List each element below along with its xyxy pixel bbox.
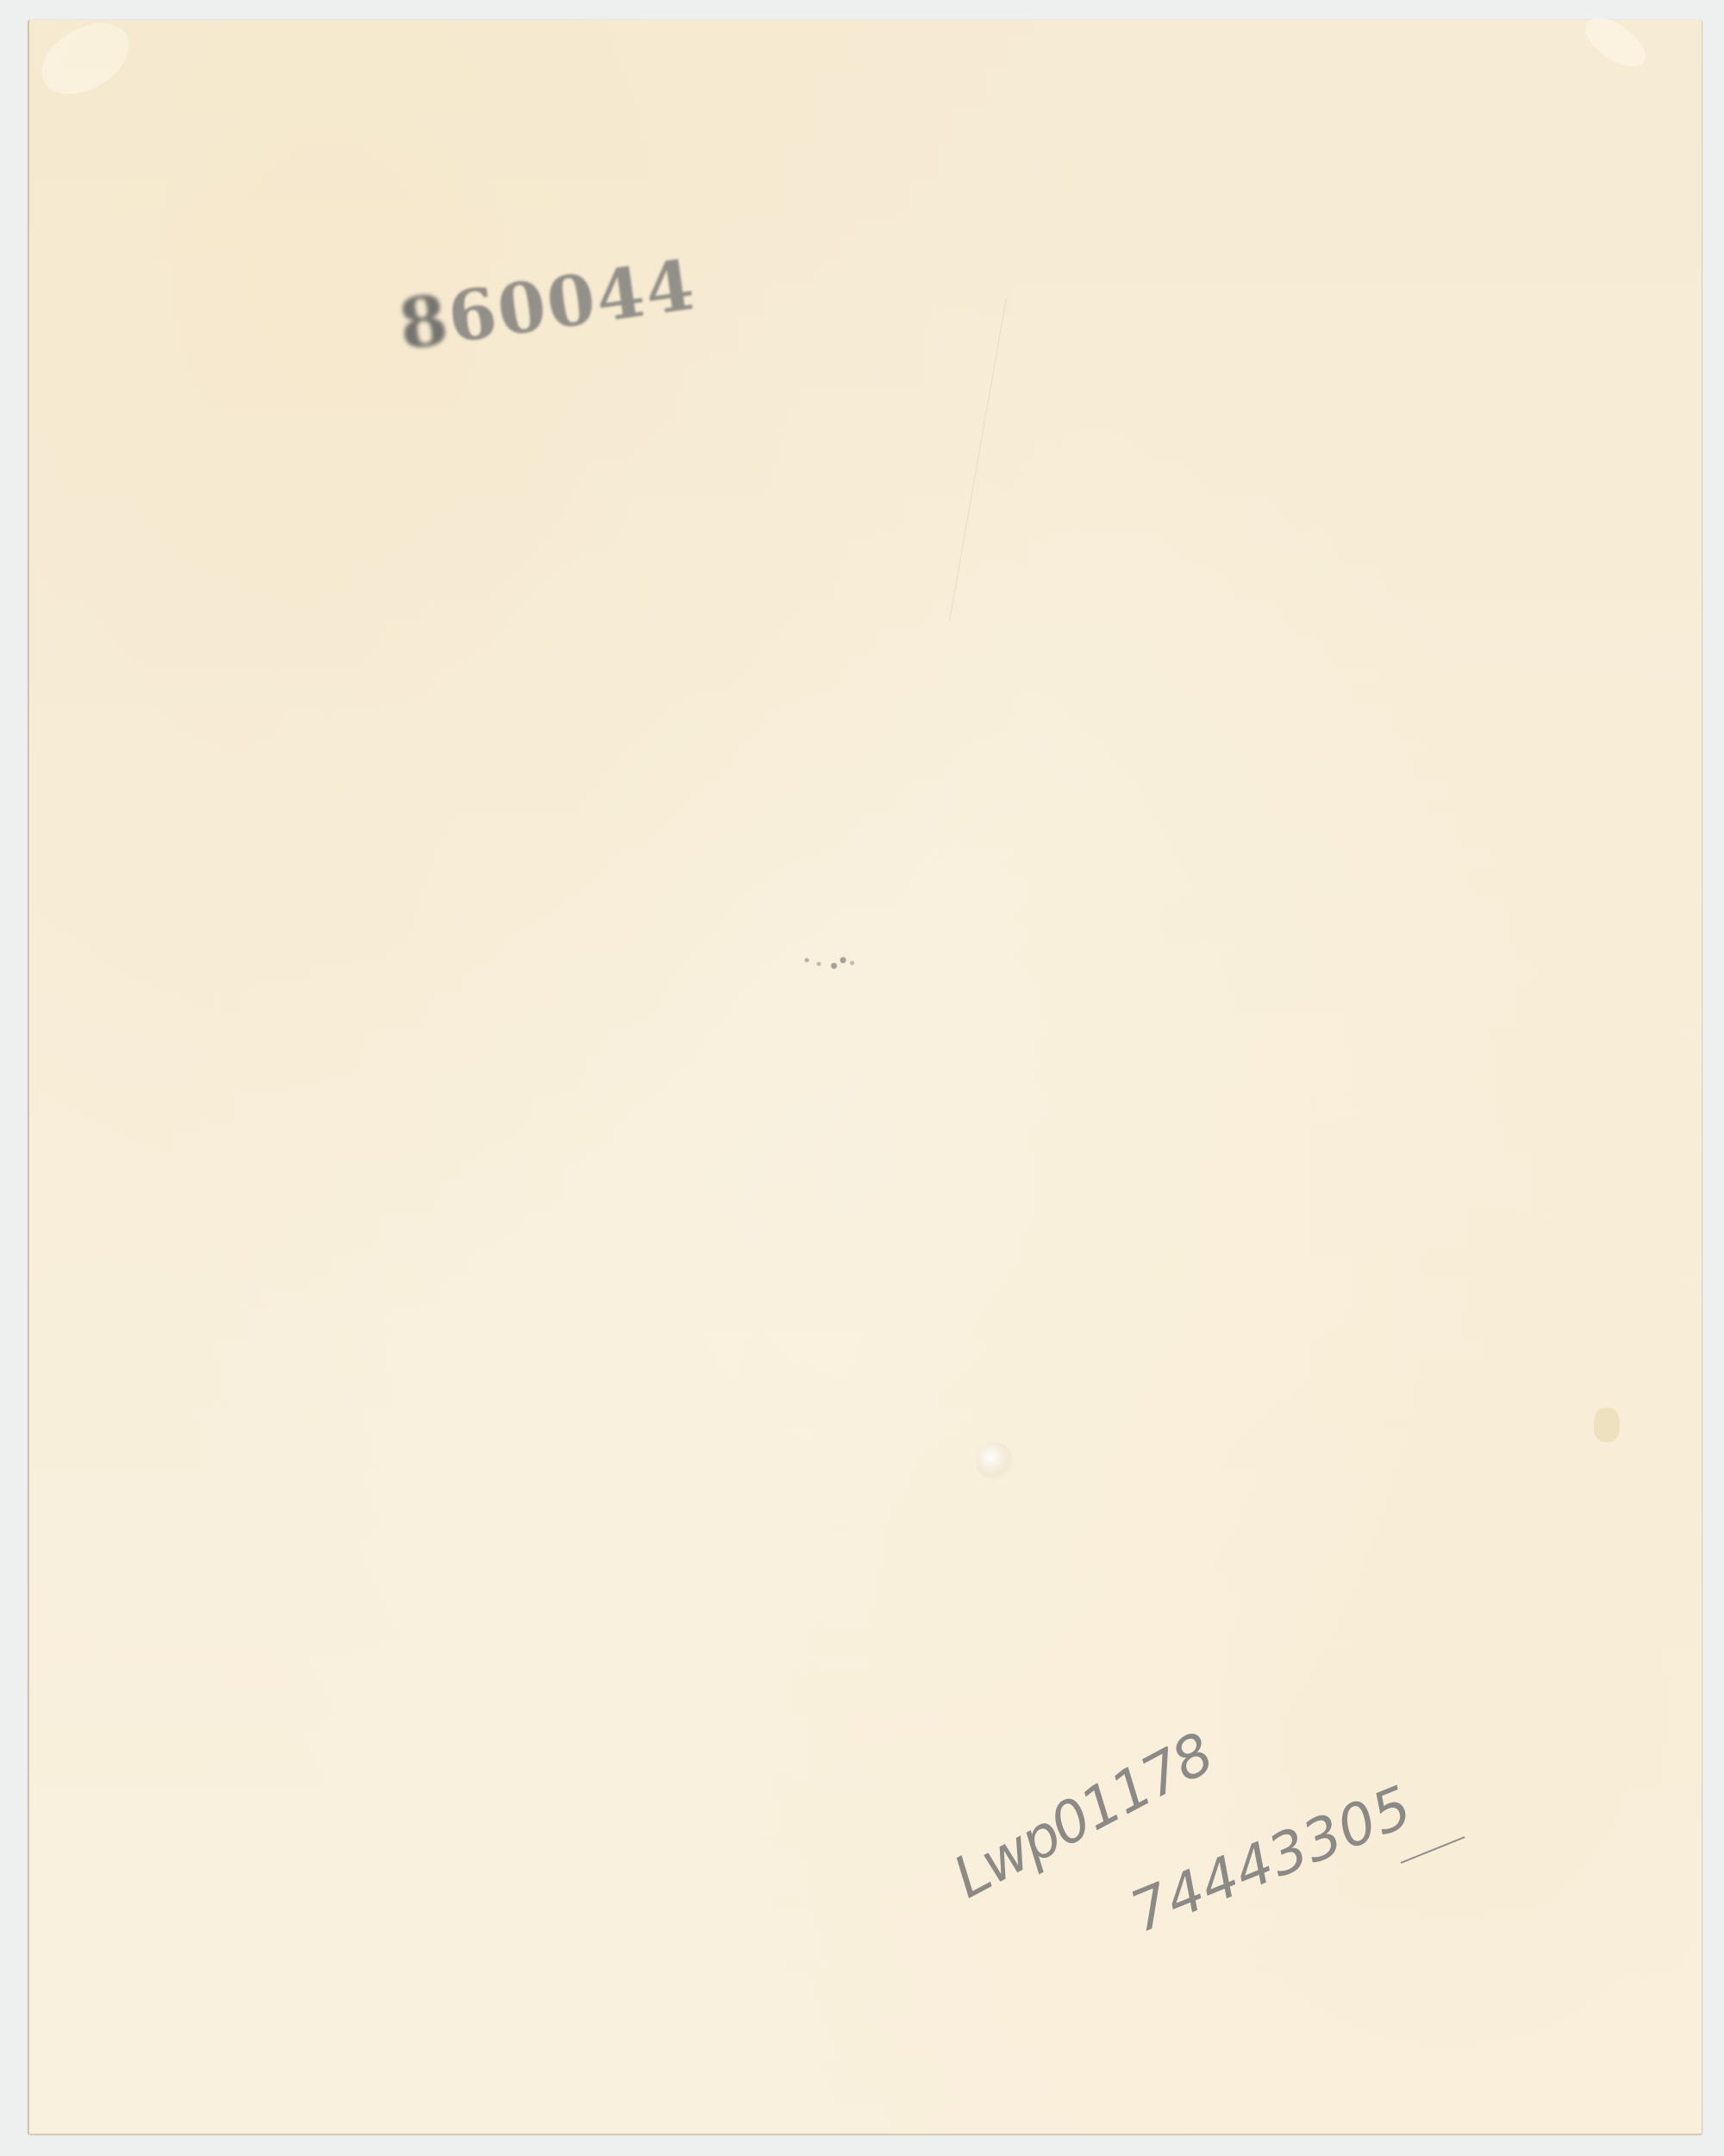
- paper-dimple: [976, 1442, 1014, 1480]
- ink-smudge: [801, 953, 861, 972]
- corner-crease: [29, 9, 141, 109]
- paper-stain: [1594, 1408, 1620, 1442]
- paper-crease-line: [949, 298, 1007, 621]
- corner-crease: [1577, 9, 1653, 77]
- photo-back-paper: [28, 20, 1702, 2135]
